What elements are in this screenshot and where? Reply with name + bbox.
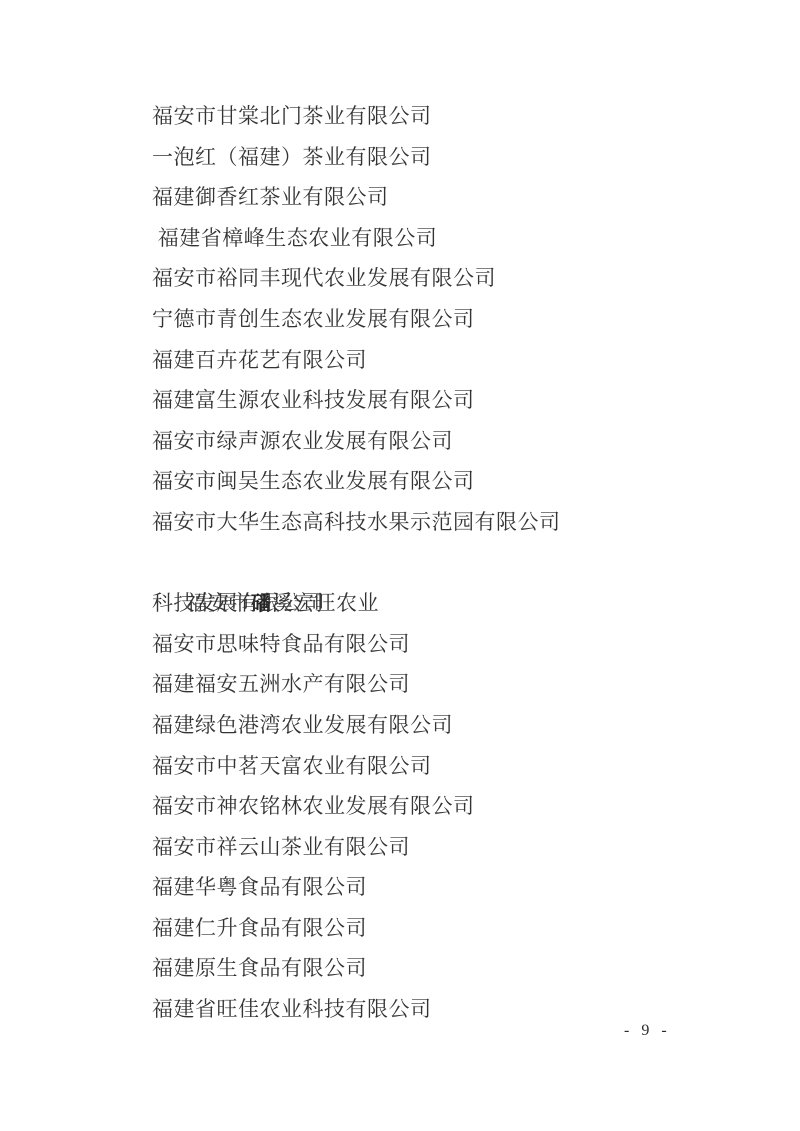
document-page: 福安市甘棠北门茶业有限公司 一泡红（福建）茶业有限公司 福建御香红茶业有限公司 … [0,0,800,1131]
list-item: 福安市绿声源农业发展有限公司 [152,421,712,462]
list-item: 福建原生食品有限公司 [152,948,712,989]
page-number: - 9 - [624,1022,671,1040]
list-item: 福安市祥云山茶业有限公司 [152,827,712,868]
list-item: 一泡红（福建）茶业有限公司 [152,137,712,178]
list-item: 福安市甘棠北门茶业有限公司 [152,96,712,137]
list-item: 宁德市青创生态农业发展有限公司 [152,299,712,340]
list-item: 科技发展有限公司 [152,583,712,624]
list-item: 福建百卉花艺有限公司 [152,340,712,381]
list-item: 福建富生源农业科技发展有限公司 [152,380,712,421]
list-item: 福建华粤食品有限公司 [152,867,712,908]
list-item: 福建仁升食品有限公司 [152,908,712,949]
list-item: 福安市中茗天富农业有限公司 [152,746,712,787]
list-item: 福建福安五洲水产有限公司 [152,664,712,705]
list-item: 福安市闽吴生态农业发展有限公司 [152,461,712,502]
list-item: 福安市裕同丰现代农业发展有限公司 [152,258,712,299]
list-item: 福安市大华生态高科技水果示范园有限公司 [152,502,712,543]
list-item: 福安市磻溪宏旺农业 [152,543,712,584]
list-item: 福建省樟峰生态农业有限公司 [152,218,712,259]
list-item: 福安市神农铭林农业发展有限公司 [152,786,712,827]
list-item: 福建绿色港湾农业发展有限公司 [152,705,712,746]
company-list: 福安市甘棠北门茶业有限公司 一泡红（福建）茶业有限公司 福建御香红茶业有限公司 … [152,96,712,1030]
list-item: 福建御香红茶业有限公司 [152,177,712,218]
list-item: 福安市思味特食品有限公司 [152,624,712,665]
